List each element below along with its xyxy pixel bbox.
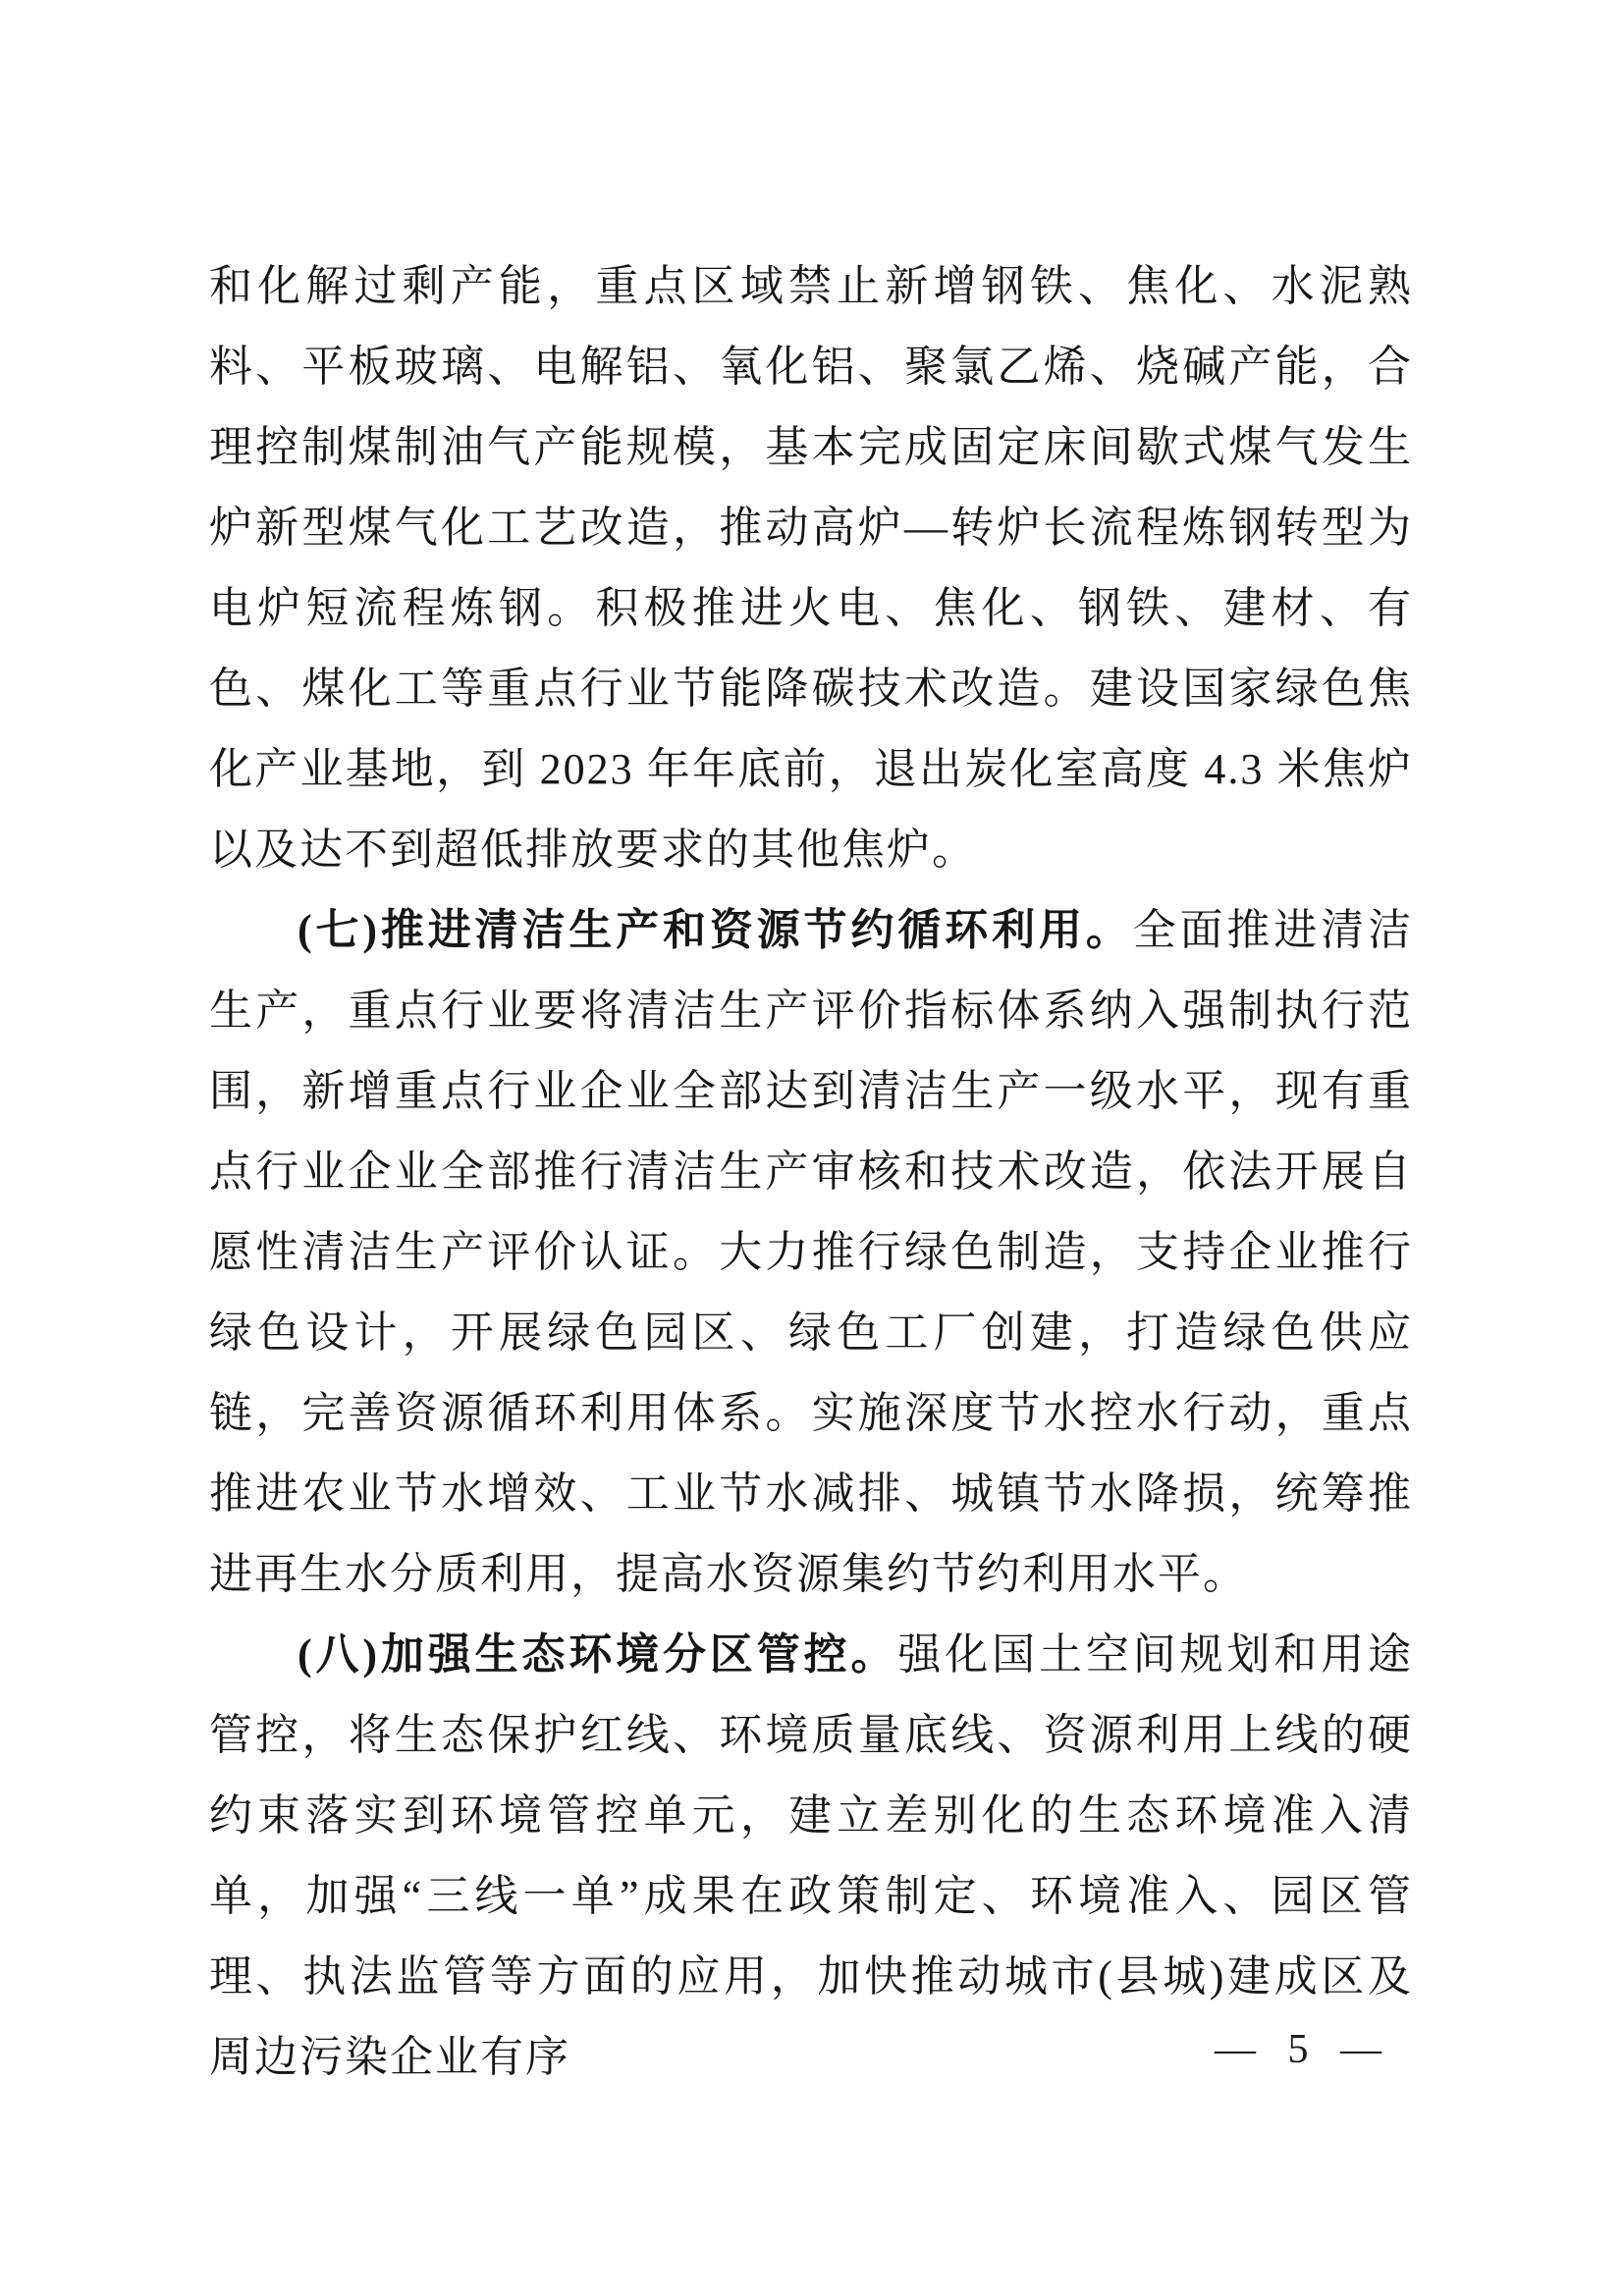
paragraph-text: 全面推进清洁生产，重点行业要将清洁生产评价指标体系纳入强制执行范围，新增重点行业…	[209, 906, 1413, 1598]
paragraph-lead-in: (八)加强生态环境分区管控。	[298, 1630, 897, 1679]
paragraph-text: 强化国土空间规划和用途管控，将生态保护红线、环境质量底线、资源利用上线的硬约束落…	[209, 1630, 1413, 2081]
paragraph-item-7: (七)推进清洁生产和资源节约循环利用。全面推进清洁生产，重点行业要将清洁生产评价…	[209, 890, 1413, 1615]
paragraph-continuation: 和化解过剩产能，重点区域禁止新增钢铁、焦化、水泥熟料、平板玻璃、电解铝、氧化铝、…	[209, 246, 1413, 890]
paragraph-text: 和化解过剩产能，重点区域禁止新增钢铁、焦化、水泥熟料、平板玻璃、电解铝、氧化铝、…	[209, 262, 1413, 874]
document-page: 和化解过剩产能，重点区域禁止新增钢铁、焦化、水泥熟料、平板玻璃、电解铝、氧化铝、…	[0, 0, 1624, 2296]
paragraph-lead-in: (七)推进清洁生产和资源节约循环利用。	[298, 906, 1133, 954]
page-number: — 5 —	[1210, 2020, 1386, 2079]
document-body: 和化解过剩产能，重点区域禁止新增钢铁、焦化、水泥熟料、平板玻璃、电解铝、氧化铝、…	[209, 246, 1413, 2098]
